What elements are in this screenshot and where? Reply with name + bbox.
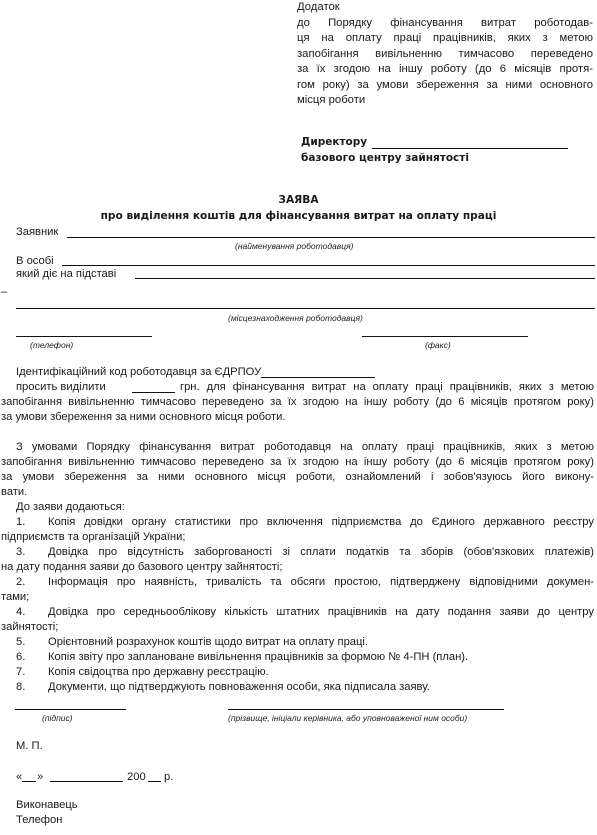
date-year-field[interactable]	[148, 781, 161, 782]
agreement-text: вати.	[1, 486, 27, 499]
request-text: просить виділити	[16, 381, 106, 394]
document-title: ЗАЯВА	[0, 194, 597, 207]
applicant-caption: (найменування роботодавця)	[235, 241, 353, 251]
list-item: тами;	[1, 591, 29, 604]
appendix-heading: Додаток	[297, 0, 593, 16]
list-item-number: 5.	[16, 636, 36, 649]
attachments-label: До заяви додаються:	[16, 501, 125, 514]
list-item-number: 8.	[16, 681, 36, 694]
list-item-number: 3.	[16, 546, 36, 559]
amount-field[interactable]	[132, 392, 175, 393]
stamp-label: М. П.	[16, 740, 43, 753]
center-label: базового центру зайнятості	[301, 152, 469, 165]
list-item: Документи, що підтверджують повноваження…	[48, 681, 430, 694]
appendix-block: Додаток до Порядку фінансування витрат р…	[297, 0, 593, 109]
fax-field[interactable]	[362, 336, 528, 337]
list-item: Орієнтовний розрахунок коштів щодо витра…	[48, 636, 368, 649]
list-item-number: 7.	[16, 666, 36, 679]
request-text: запобігання вивільненню тимчасово переве…	[1, 396, 594, 409]
agreement-text: запобігання вивільненню тимчасово переве…	[1, 456, 594, 469]
applicant-field[interactable]	[67, 237, 595, 238]
person-field[interactable]	[62, 265, 595, 266]
basis-field[interactable]	[135, 278, 595, 279]
list-item: Довідка про середньооблікову кількість ш…	[48, 606, 594, 619]
date-year-suffix: р.	[164, 771, 173, 784]
request-text: грн. для фінансування витрат на оплату п…	[180, 381, 594, 394]
list-item-number: 6.	[16, 651, 36, 664]
list-item: Копія звіту про заплановане вивільнення …	[48, 651, 468, 664]
list-item-number: 4.	[16, 606, 36, 619]
list-item: Копія довідки органу статистики про вклю…	[48, 516, 594, 529]
list-item: Копія свідоцтва про державну реєстрацію.	[48, 666, 269, 679]
edrpou-field[interactable]	[261, 377, 375, 378]
edrpou-label: Ідентифікаційний код роботодавця за ЄДРП…	[16, 366, 261, 379]
date-day-field[interactable]	[22, 781, 36, 782]
director-label: Директору	[301, 136, 367, 149]
appendix-line: запобігання вивільненню тимчасово переве…	[297, 47, 593, 63]
location-field[interactable]	[16, 308, 595, 309]
person-label: В особі	[16, 255, 54, 268]
fax-caption: (факс)	[425, 340, 451, 350]
list-item-number: 1.	[16, 516, 36, 529]
signer-name-field[interactable]	[228, 709, 504, 710]
executor-label: Виконавець	[16, 799, 78, 812]
list-item: зайнятості;	[1, 621, 58, 634]
date-open-quote: «	[16, 771, 22, 784]
dash-mark: –	[1, 286, 7, 299]
list-item: Інформація про наявність, тривалість та …	[48, 576, 594, 589]
date-close-quote: »	[37, 771, 43, 784]
phone-field[interactable]	[16, 336, 152, 337]
agreement-text: за умови збереження за ними основного мі…	[1, 471, 594, 484]
director-name-field[interactable]	[372, 148, 568, 149]
date-year-prefix: 200	[127, 771, 146, 784]
appendix-line: за їх згодою на іншу роботу (до 6 місяці…	[297, 62, 593, 78]
list-item-number: 2.	[16, 576, 36, 589]
date-month-field[interactable]	[50, 781, 123, 782]
executor-phone-label: Телефон	[16, 814, 62, 827]
appendix-line: місця роботи	[297, 93, 593, 109]
list-item: Довідка про відсутність заборгованості з…	[48, 546, 594, 559]
agreement-text: З умовами Порядку фінансування витрат ро…	[16, 441, 594, 454]
list-item: підприємств та організацій України;	[1, 531, 185, 544]
applicant-label: Заявник	[16, 226, 58, 239]
list-item: на дату подання заяви до базового центру…	[1, 561, 283, 574]
request-text: за умови збереження за ними основного мі…	[1, 411, 286, 424]
signer-name-caption: (прізвище, ініціали керівника, або уповн…	[228, 713, 467, 723]
document-subtitle: про виділення коштів для фінансування ви…	[0, 210, 597, 223]
appendix-line: ця на оплату праці працівників, яких з м…	[297, 31, 593, 47]
appendix-line: гом року) за умови збереження за ними ос…	[297, 78, 593, 94]
appendix-line: до Порядку фінансування витрат роботодав…	[297, 16, 593, 32]
phone-caption: (телефон)	[30, 340, 73, 350]
location-caption: (місцезнаходження роботодавця)	[228, 313, 363, 323]
basis-label: який діє на підставі	[16, 268, 116, 281]
signature-field[interactable]	[15, 709, 126, 710]
signature-caption: (підпис)	[42, 713, 73, 723]
